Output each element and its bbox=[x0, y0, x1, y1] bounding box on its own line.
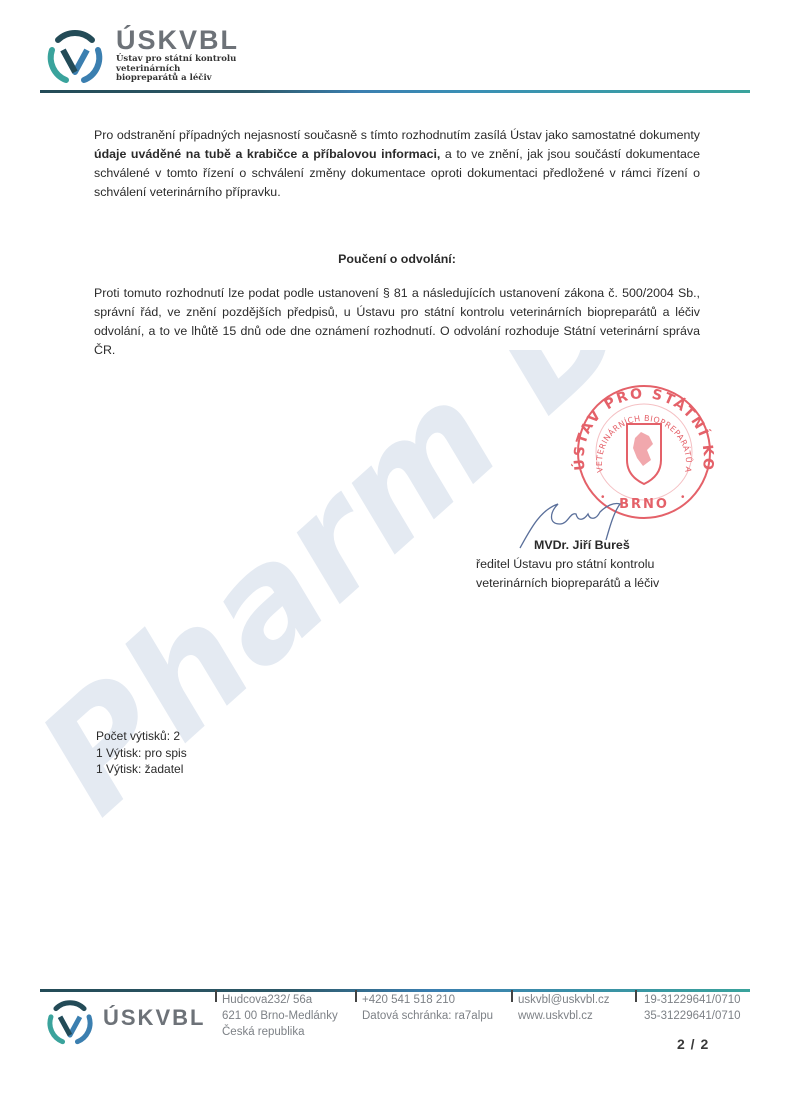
footer-phone: +420 541 518 210 bbox=[362, 992, 493, 1008]
copies-count: Počet výtisků: 2 bbox=[96, 728, 187, 745]
copy-item: 1 Výtisk: pro spis bbox=[96, 745, 187, 762]
paragraph-appeal: Proti tomuto rozhodnutí lze podat podle … bbox=[94, 284, 700, 360]
footer-contact: +420 541 518 210 Datová schránka: ra7alp… bbox=[362, 992, 493, 1024]
footer-separator bbox=[355, 990, 357, 1002]
paragraph-emphasis: údaje uváděné na tubě a krabičce a příba… bbox=[94, 147, 440, 161]
copies-list: Počet výtisků: 2 1 Výtisk: pro spis 1 Vý… bbox=[96, 728, 187, 778]
footer-email-link[interactable]: uskvbl@uskvbl.cz bbox=[518, 992, 610, 1008]
signer-title-line1: ředitel Ústavu pro státní kontrolu bbox=[476, 555, 706, 574]
footer-separator bbox=[511, 990, 513, 1002]
footer-web: uskvbl@uskvbl.cz www.uskvbl.cz bbox=[518, 992, 610, 1024]
footer-accounts: 19-31229641/0710 35-31229641/0710 bbox=[644, 992, 741, 1024]
footer-separator bbox=[215, 990, 217, 1002]
header-subtitle: Ústav pro státní kontrolu veterinárních … bbox=[116, 55, 236, 84]
uskvbl-logo-icon bbox=[44, 26, 106, 84]
footer-data-box: Datová schránka: ra7alpu bbox=[362, 1008, 493, 1024]
header-divider bbox=[40, 90, 750, 93]
signer-title-line2: veterinárních biopreparátů a léčiv bbox=[476, 574, 706, 593]
page-number: 2 / 2 bbox=[677, 1036, 709, 1052]
signer-block: MVDr. Jiří Bureš ředitel Ústavu pro stát… bbox=[476, 536, 706, 593]
footer-website-link[interactable]: www.uskvbl.cz bbox=[518, 1008, 610, 1024]
header-brand: ÚSKVBL bbox=[116, 26, 239, 54]
uskvbl-logo-icon bbox=[44, 997, 96, 1045]
svg-text:•: • bbox=[681, 492, 685, 503]
paragraph-documents: Pro odstranění případných nejasností sou… bbox=[94, 126, 700, 202]
footer-separator bbox=[635, 990, 637, 1002]
signer-name: MVDr. Jiří Bureš bbox=[476, 536, 706, 555]
copy-item: 1 Výtisk: žadatel bbox=[96, 761, 187, 778]
footer-address: Hudcova232/ 56a 621 00 Brno-Medlánky Čes… bbox=[222, 992, 338, 1040]
appeal-heading: Poučení o odvolání: bbox=[94, 252, 700, 266]
footer-brand: ÚSKVBL bbox=[103, 1005, 205, 1031]
